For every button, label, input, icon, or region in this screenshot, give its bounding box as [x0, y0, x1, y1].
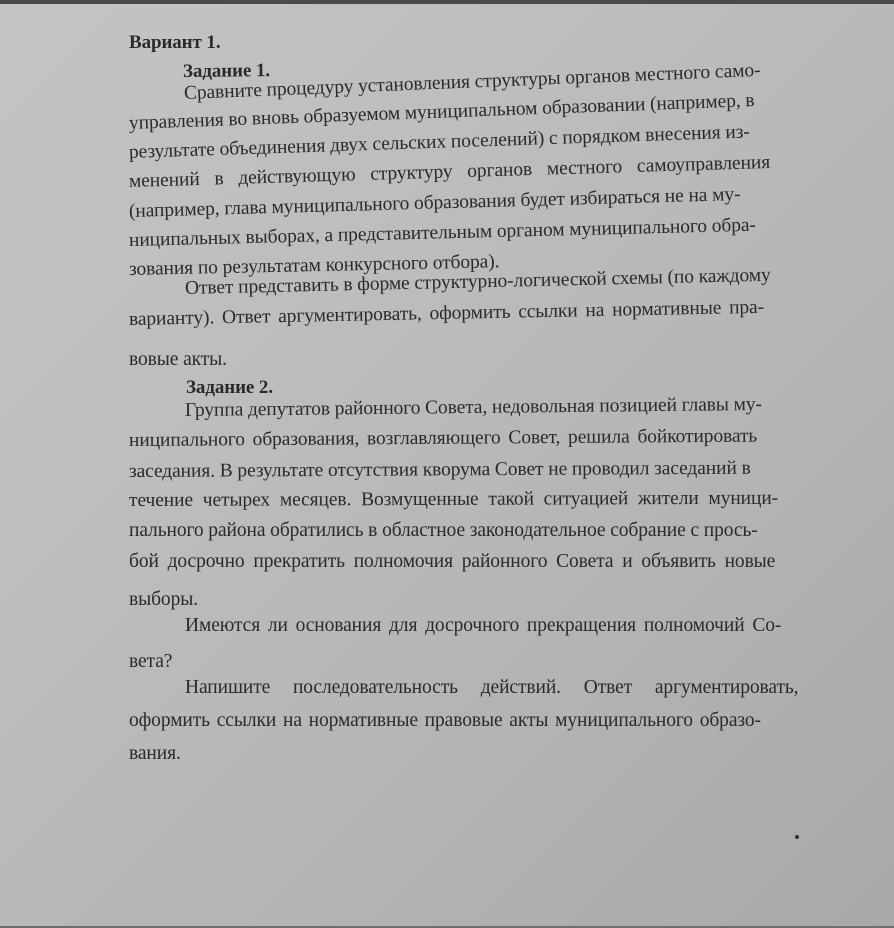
task2-p1-line7: выборы.	[129, 589, 198, 611]
document-page: Вариант 1. Задание 1. Сравните процедуру…	[0, 0, 894, 928]
task2-p3-line3: вания.	[129, 743, 181, 765]
task2-p2-line1: Имеются ли основания для досрочного прек…	[185, 615, 879, 637]
paper-speck	[795, 835, 799, 839]
task2-p1-line6: бой досрочно прекратить полномочия район…	[129, 551, 879, 573]
task1-p2-line3: вовые акты.	[129, 349, 227, 371]
task2-p1-line5: пального района обратились в областное з…	[129, 520, 877, 542]
task2-heading: Задание 2.	[186, 377, 273, 399]
task2-p3-line2: оформить ссылки на нормативные правовые …	[129, 710, 881, 732]
task2-p1-line3: заседания. В результате отсутствия квору…	[129, 457, 873, 483]
task1-p2-line2: варианту). Ответ аргументировать, оформи…	[129, 295, 862, 331]
variant-title: Вариант 1.	[129, 32, 220, 54]
task2-p1-line2: ниципального образования, возглавляющего…	[129, 425, 869, 452]
task2-p3-line1: Напишите последовательность действий. От…	[185, 677, 881, 699]
task2-p1-line1: Группа депутатов районного Совета, недов…	[185, 393, 865, 422]
task2-p2-line2: вета?	[129, 651, 172, 673]
task2-p1-line4: течение четырех месяцев. Возмущенные так…	[129, 487, 875, 512]
